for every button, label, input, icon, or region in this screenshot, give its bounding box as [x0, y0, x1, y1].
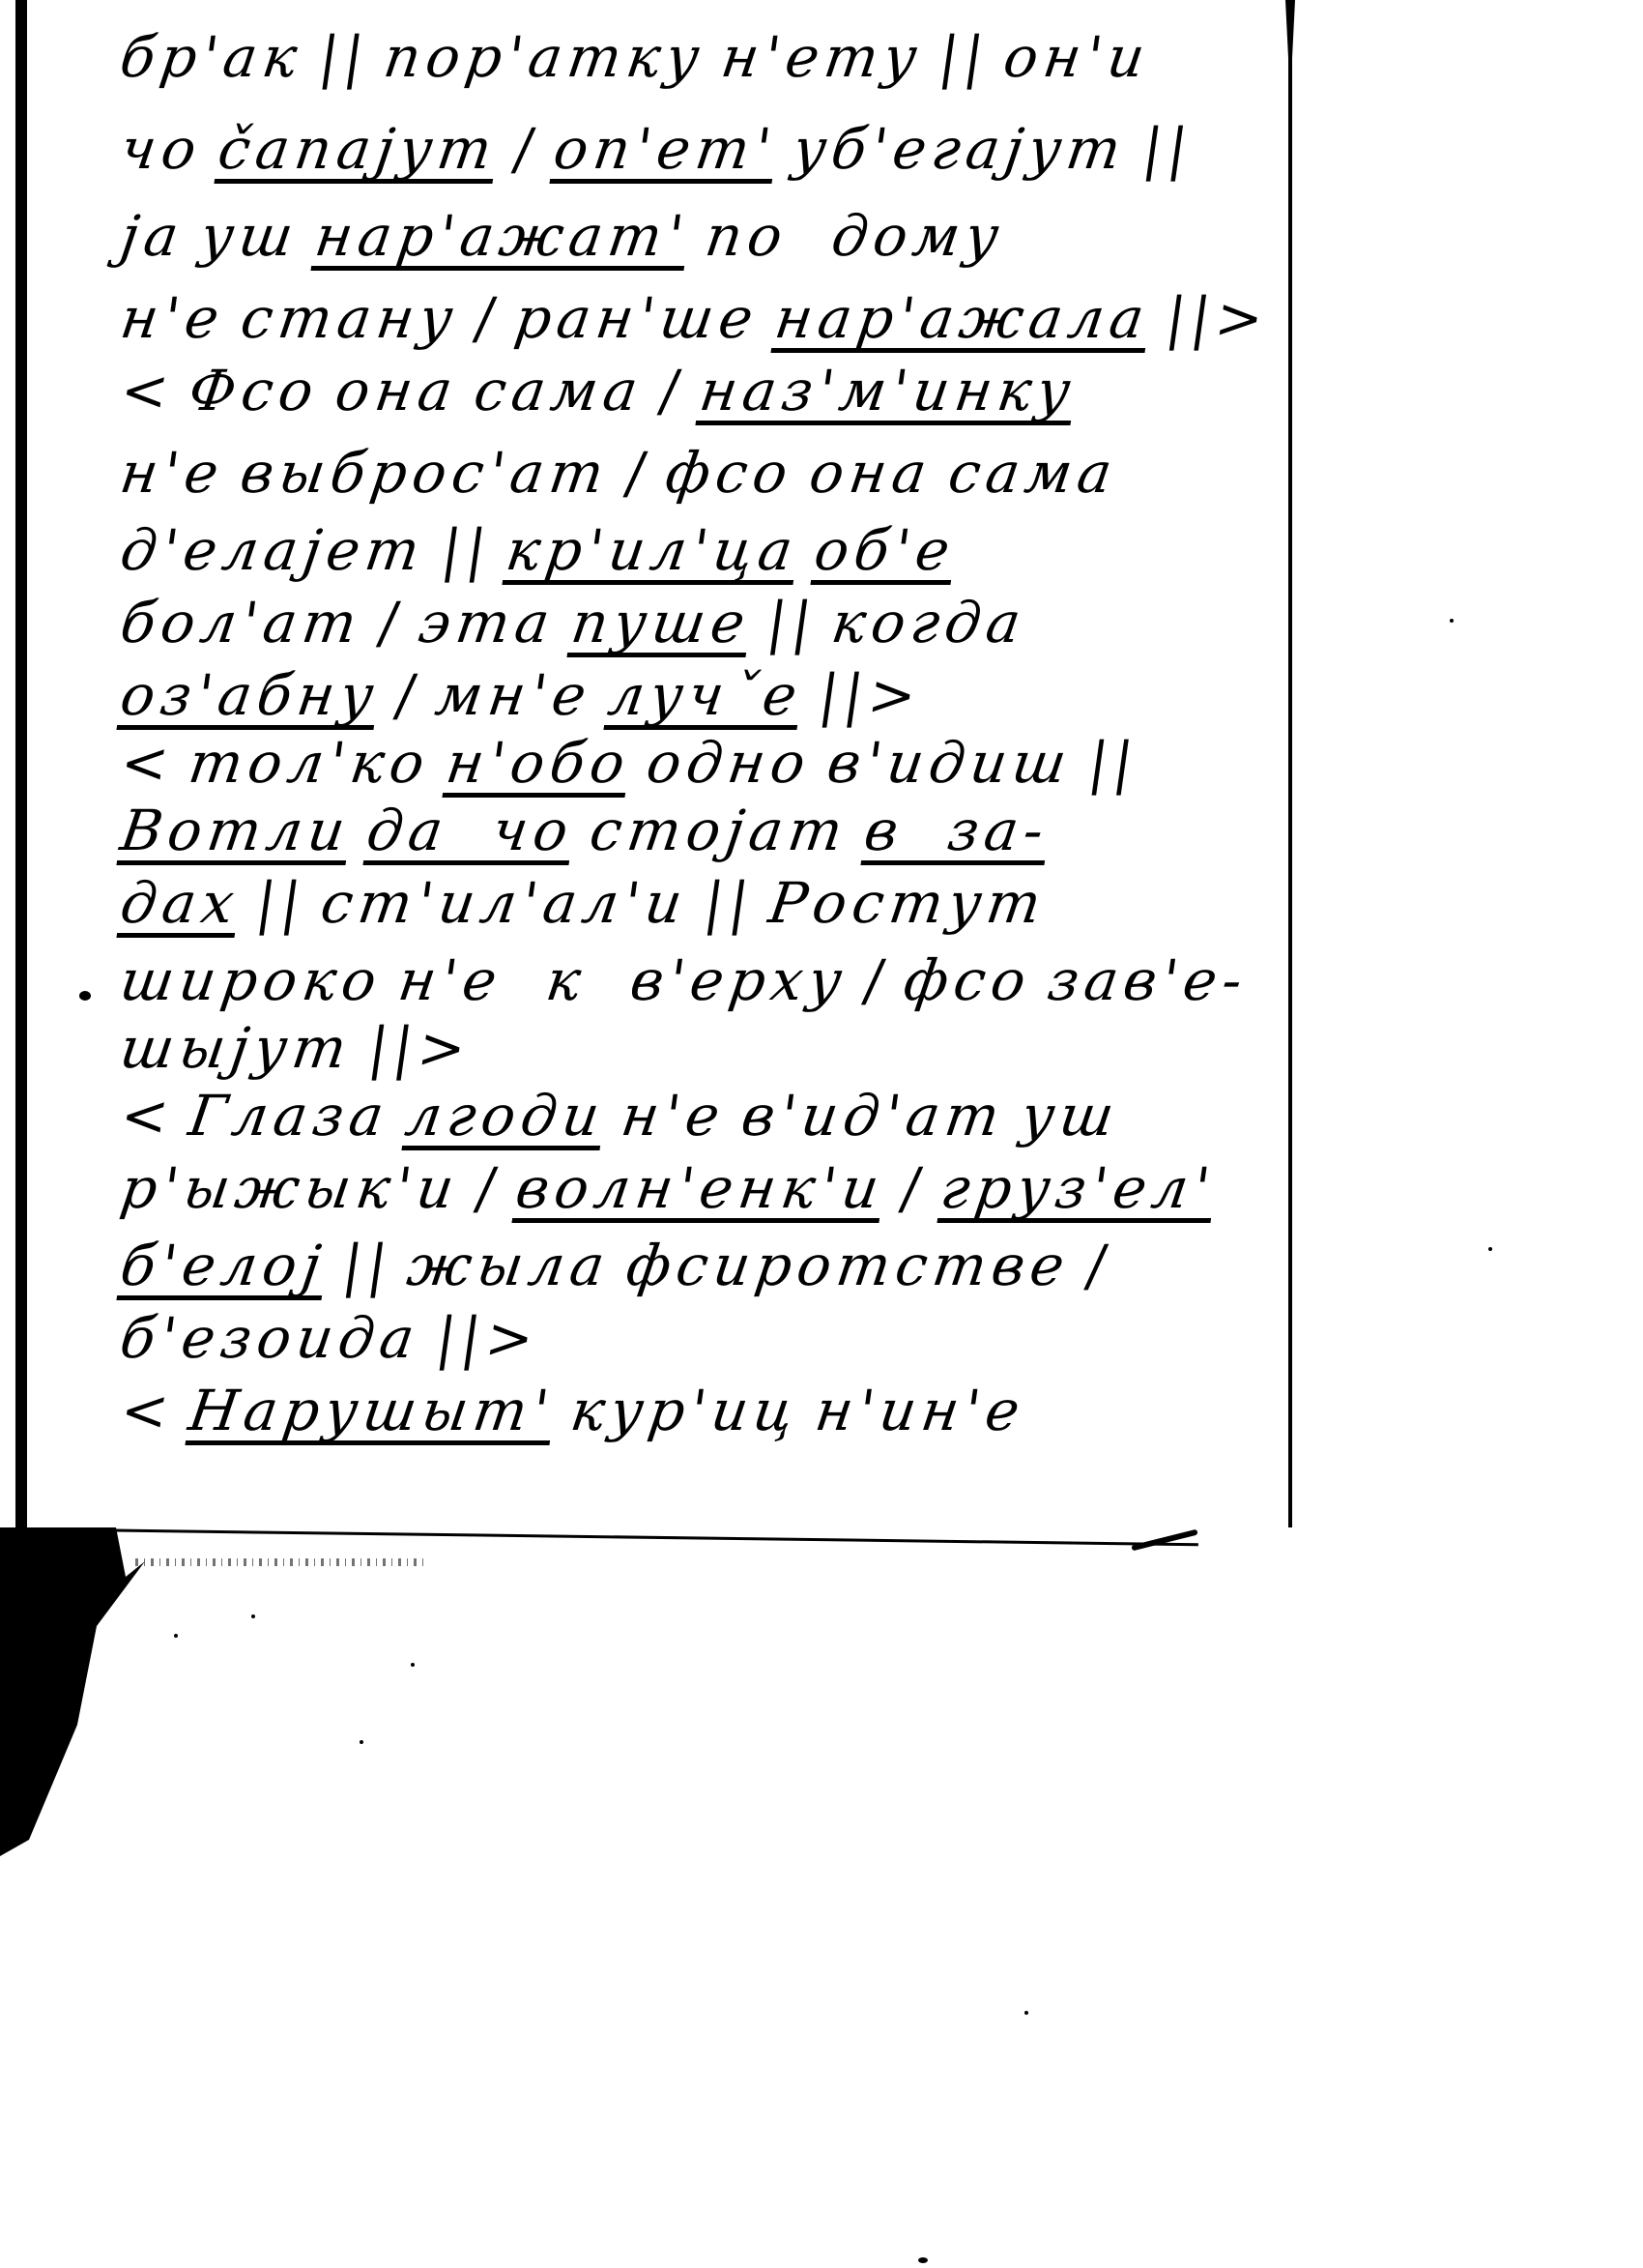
word: р'ыжык'и — [117, 1160, 463, 1216]
text-line: оз'абну/мн'елучˇе||> — [116, 667, 940, 730]
punctuation-mark: / — [622, 445, 655, 501]
text-line: <Нарушыт'кур'ицн'ин'е — [116, 1382, 1046, 1445]
word: н'е — [117, 290, 228, 346]
underlined-word: наз'м'инку — [696, 363, 1080, 425]
word: н'е к в'ерху — [395, 952, 851, 1008]
punctuation-mark: || — [1085, 735, 1142, 791]
punctuation-mark: || — [1139, 121, 1196, 177]
punctuation-mark: || — [438, 522, 495, 578]
ink-speck — [174, 1634, 178, 1638]
punctuation-mark: / — [898, 1160, 931, 1216]
underlined-word: пуше — [567, 595, 754, 657]
punctuation-mark: < — [117, 735, 178, 791]
word: Глаза — [186, 1088, 392, 1144]
word: кур'иц — [567, 1382, 802, 1439]
word: эта — [416, 595, 559, 651]
punctuation-mark: / — [860, 952, 893, 1008]
word: сама — [945, 445, 1121, 501]
word: в'идиш — [824, 735, 1076, 791]
punctuation-mark: / — [472, 290, 504, 346]
scan-shadow — [0, 1527, 193, 1856]
word: ја — [117, 208, 187, 264]
punctuation-mark: / — [1083, 1237, 1116, 1294]
text-line: <Фсоонасама/наз'м'инку — [116, 363, 1097, 425]
word: н'ету — [718, 29, 926, 85]
punctuation-mark: < — [117, 1088, 178, 1144]
word: стану — [238, 290, 462, 346]
word: уш — [197, 208, 303, 264]
word: н'ин'е — [812, 1382, 1028, 1439]
scan-noise — [135, 1558, 425, 1566]
word: н'е — [117, 445, 228, 501]
ink-speck — [1024, 2011, 1028, 2015]
text-line: дах||ст'ил'ал'и||Ростут — [116, 875, 1067, 938]
underlined-word: оп'ет' — [550, 121, 781, 184]
text-line: јаушнар'ажат'по дому — [116, 208, 1024, 271]
ink-speck — [918, 2257, 928, 2263]
punctuation-mark: ||> — [1163, 290, 1273, 346]
punctuation-mark: / — [473, 1160, 505, 1216]
scanned-page: бр'ак||пор'аткун'ету||он'ичо čапајут/оп'… — [0, 0, 1643, 2268]
word: зав'е- — [1045, 952, 1252, 1008]
page-bottom-curl — [1131, 1529, 1197, 1552]
underlined-word: лгоди — [401, 1088, 608, 1150]
word: ст'ил'ал'и — [318, 875, 692, 931]
ink-speck — [1488, 1247, 1492, 1251]
word: уб'егајут — [790, 121, 1130, 177]
underlined-word: Вотли — [116, 802, 354, 865]
page-right-edge — [1288, 0, 1292, 1527]
word: бол'ат — [117, 595, 365, 651]
word: н'е — [618, 1088, 729, 1144]
word: она — [332, 363, 462, 419]
ink-speck — [251, 1614, 255, 1618]
punctuation-mark: / — [656, 363, 689, 419]
punctuation-mark: / — [392, 667, 425, 723]
punctuation-mark: < — [117, 363, 178, 419]
word: она — [806, 445, 936, 501]
underlined-word: лучˇе — [604, 667, 806, 730]
punctuation-mark: ||> — [365, 1020, 476, 1076]
underlined-word: нар'ажала — [771, 290, 1154, 353]
underlined-word: б'елој — [116, 1237, 330, 1300]
word: уш — [1018, 1088, 1123, 1144]
underlined-word: груз'ел' — [937, 1160, 1219, 1223]
punctuation-mark: || — [936, 29, 993, 85]
punctuation-mark: || — [701, 875, 758, 931]
word: мн'е — [432, 667, 595, 723]
word: бр'ак — [117, 29, 306, 85]
punctuation-mark: || — [339, 1237, 396, 1294]
punctuation-mark: < — [117, 1382, 178, 1439]
text-line: бр'ак||пор'аткун'ету||он'и — [117, 29, 1171, 85]
text-line: бол'ат/этапуше||когда — [116, 595, 1047, 657]
text-line: р'ыжык'и/волн'енк'и/груз'ел' — [116, 1160, 1236, 1223]
word: фсо — [662, 445, 796, 501]
underlined-word: кр'ил'ца — [502, 522, 801, 585]
underlined-word: дах — [116, 875, 243, 938]
text-line: б'езоида||> — [117, 1310, 559, 1366]
underlined-word: н'обо — [442, 735, 634, 798]
word: шыјут — [117, 1020, 356, 1076]
word: он'и — [1000, 29, 1154, 85]
text-line: <Глазалгодин'ев'ид'атуш — [116, 1088, 1140, 1150]
underlined-word: волн'енк'и — [511, 1160, 887, 1223]
word: тол'ко — [186, 735, 434, 791]
word: Фсо — [186, 363, 323, 419]
text-line: Вотлида чостојатв за- — [116, 802, 1070, 865]
word: в'ид'ат — [738, 1088, 1008, 1144]
word: б'езоида — [117, 1310, 423, 1366]
underlined-word: оз'абну — [116, 667, 382, 730]
underlined-word: да чо — [362, 802, 577, 865]
ink-speck — [411, 1663, 415, 1667]
text-line: <тол'кон'обооднов'идиш|| — [116, 735, 1158, 798]
text-line: широкон'е к в'ерху/фсозав'е- — [117, 952, 1269, 1008]
word: ран'ше — [511, 290, 762, 346]
punctuation-mark: || — [764, 595, 821, 651]
underlined-word: Нарушыт' — [185, 1382, 558, 1445]
underlined-word: об'е — [810, 522, 959, 585]
text-line: чо čапајут/оп'ет'уб'егајут|| — [116, 121, 1212, 184]
underlined-word: нар'ажат' — [311, 208, 693, 271]
word: пор'атку — [381, 29, 708, 85]
text-line: д'елајет||кр'ил'цаоб'е — [116, 522, 976, 585]
word: сама — [471, 363, 647, 419]
word: д'елајет — [117, 522, 428, 578]
word: широко — [117, 952, 386, 1008]
word: фсиротстве — [623, 1237, 1074, 1294]
text-line: н'евыброс'ат/фсоонасама — [117, 445, 1139, 501]
punctuation-mark: || — [252, 875, 309, 931]
underlined-word: в за- — [860, 802, 1052, 865]
punctuation-mark: / — [510, 121, 543, 177]
punctuation-mark: || — [316, 29, 373, 85]
word: выброс'ат — [237, 445, 613, 501]
text-line: б'елој||жылафсиротстве/ — [116, 1237, 1131, 1300]
text-line: шыјут||> — [117, 1020, 491, 1076]
word: жыла — [404, 1237, 614, 1294]
word: по дому — [702, 208, 1007, 264]
word: фсо — [901, 952, 1035, 1008]
word: чо — [117, 121, 205, 177]
page-left-binding-edge — [15, 0, 27, 1527]
text-line: н'естану/ран'шенар'ажала||> — [116, 290, 1287, 353]
punctuation-mark: ||> — [816, 667, 926, 723]
punctuation-mark: ||> — [433, 1310, 543, 1366]
page-bottom-edge — [0, 1527, 1198, 1546]
ink-dot — [79, 991, 91, 1001]
word: одно — [644, 735, 815, 791]
underlined-word: čапајут — [214, 121, 501, 184]
ink-speck — [1450, 619, 1454, 623]
word: когда — [828, 595, 1029, 651]
ink-speck — [360, 1740, 363, 1744]
word: стојат — [587, 802, 851, 858]
punctuation-mark: / — [375, 595, 408, 651]
word: Ростут — [765, 875, 1050, 931]
